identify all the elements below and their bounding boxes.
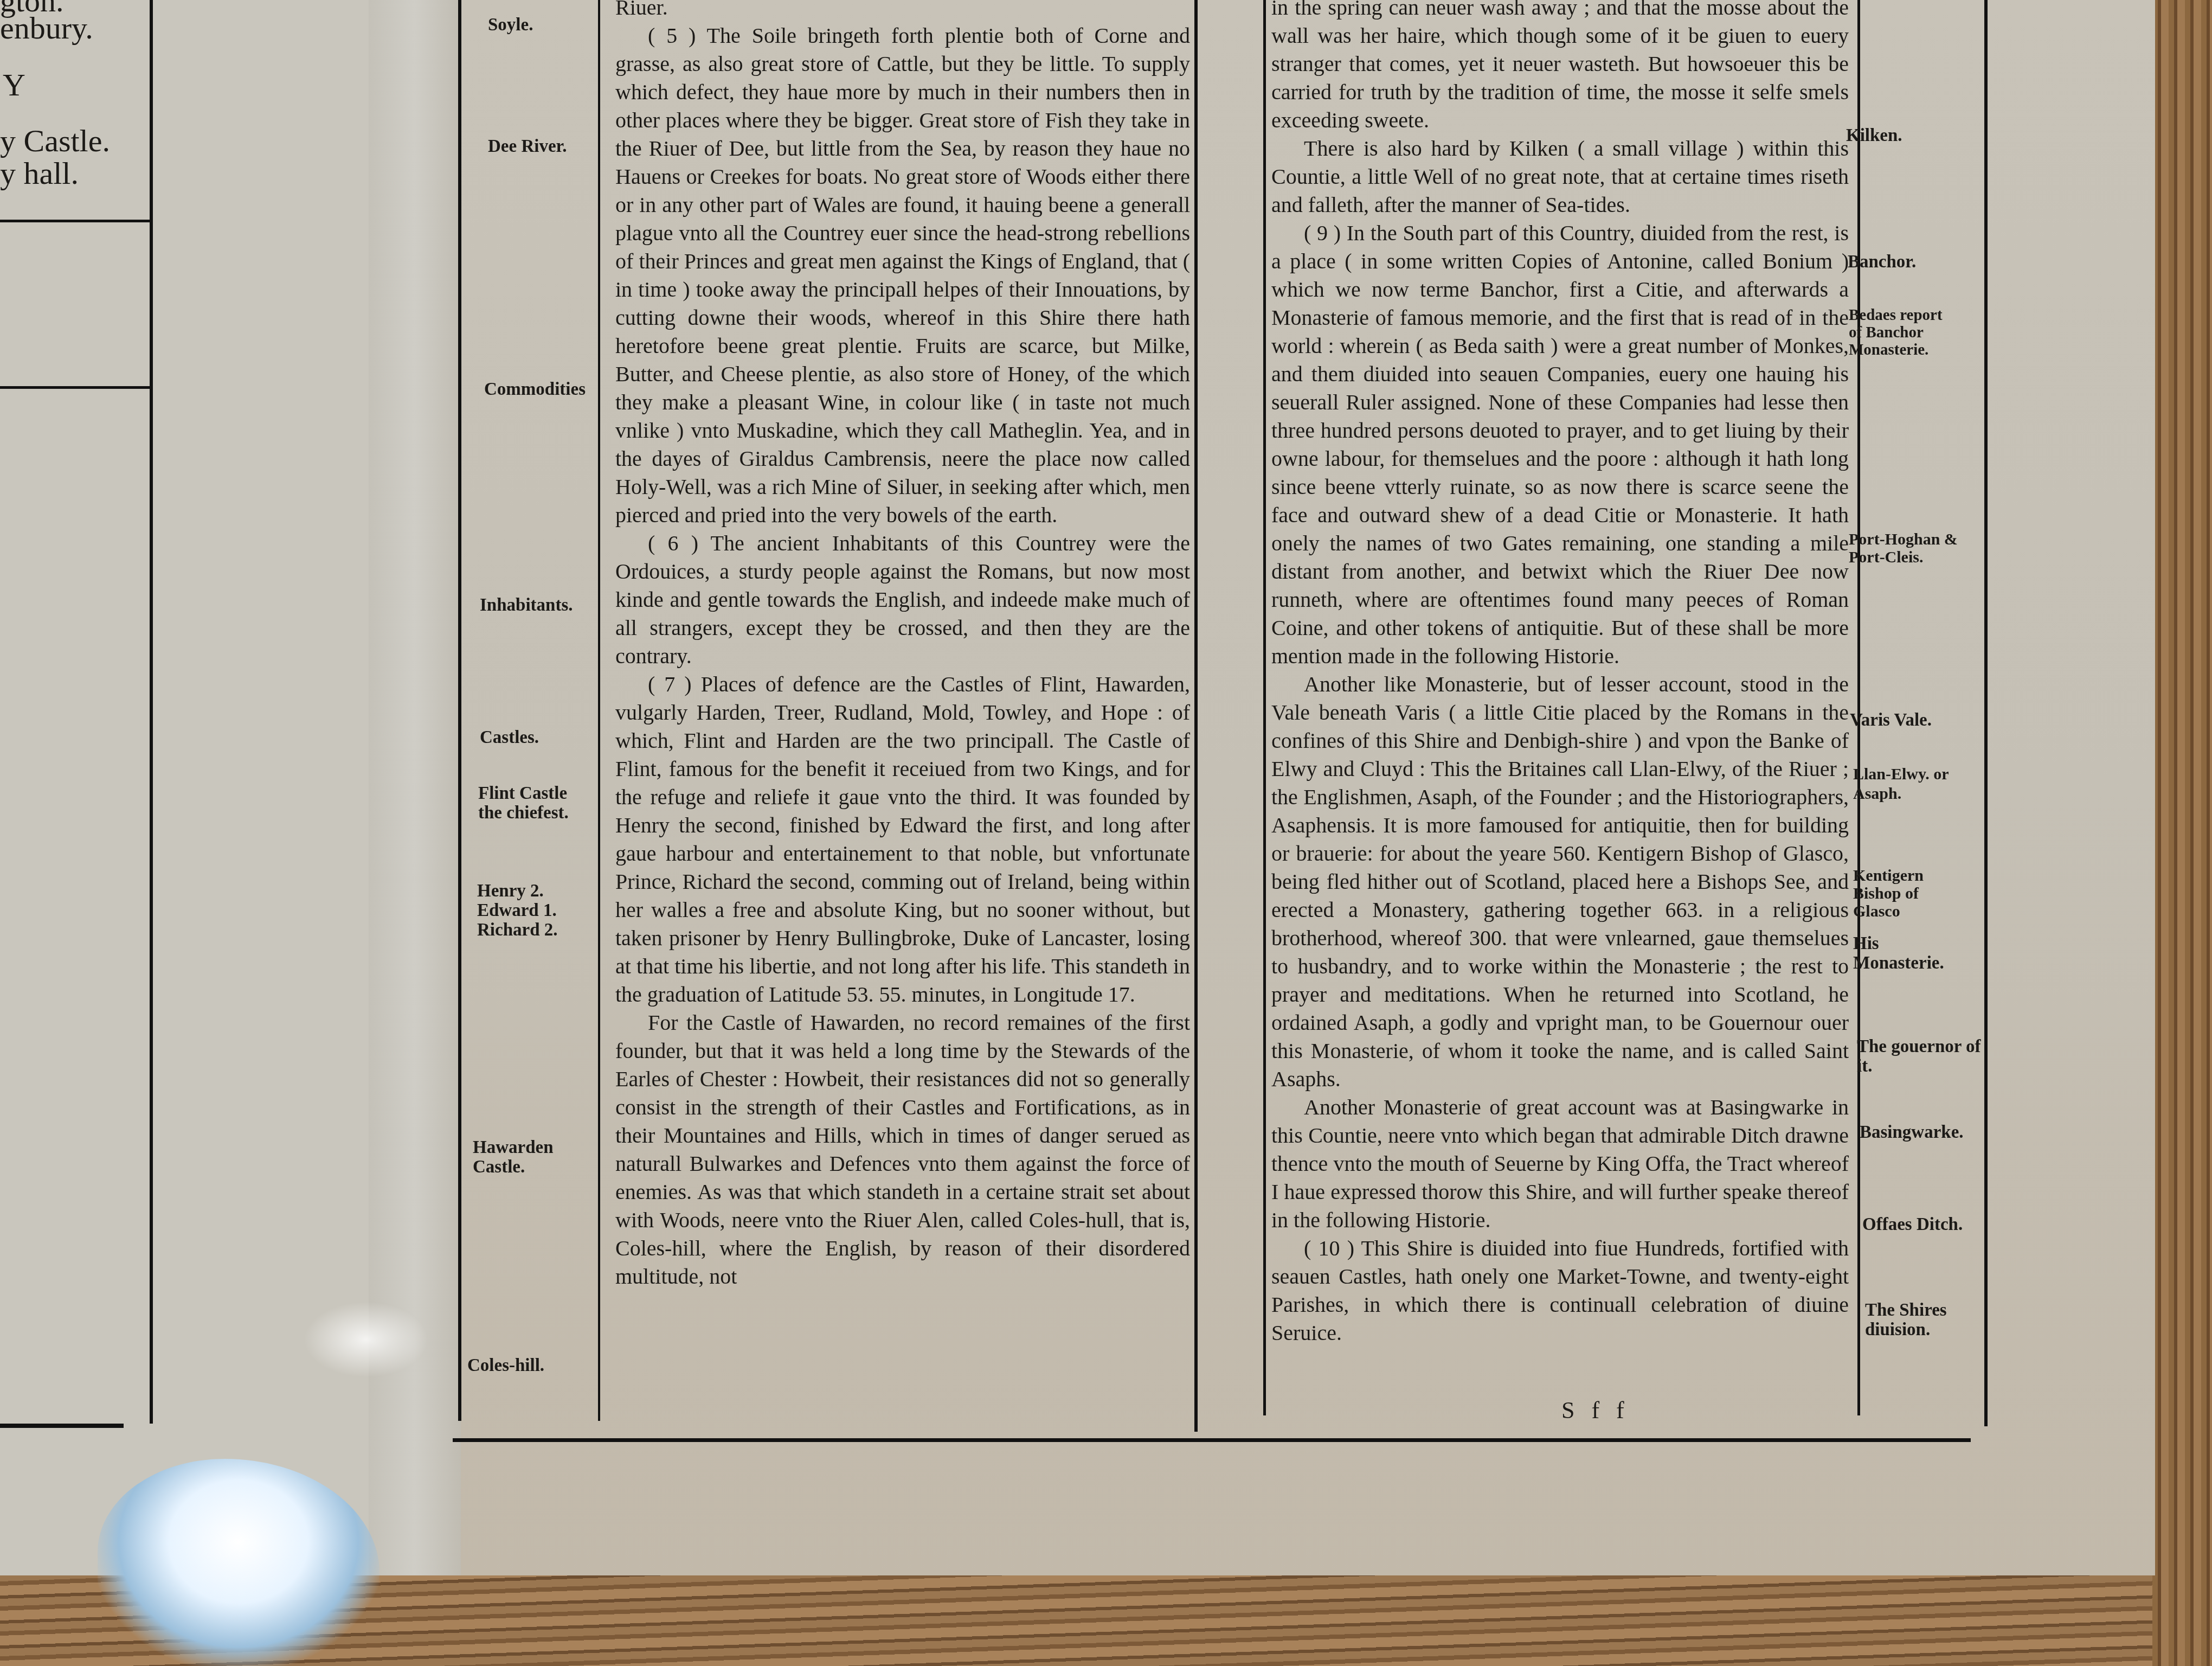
paragraph-hawarden: For the Castle of Hawarden, no record re…: [615, 1009, 1190, 1291]
margin-note-coles-hill: Coles-hill.: [467, 1356, 544, 1375]
margin-note-bedaes-report: Bedaes report of Banchor Monasterie.: [1849, 306, 1957, 358]
fragment-line: Y: [3, 68, 25, 102]
margin-note-port-hoghan: Port-Hoghan & Port-Cleis.: [1849, 530, 1963, 566]
paragraph: Riuer.: [615, 0, 1190, 22]
column-rule: [458, 0, 461, 1421]
fragment-rule: [0, 220, 152, 222]
text-column-right: in the spring can neuer wash away ; and …: [1271, 0, 1849, 1347]
margin-note-shires-division: The Shires diuision.: [1865, 1300, 1973, 1340]
page-signature: S f f: [1561, 1396, 1630, 1424]
fragment-line: enbury.: [0, 11, 93, 46]
paragraph-basingwarke: Another Monasterie of great account was …: [1271, 1093, 1849, 1234]
fragment-rule: [0, 1424, 124, 1428]
margin-note-basingwarke: Basingwarke.: [1860, 1123, 1964, 1142]
fragment-border: [150, 0, 153, 1424]
column-rule: [1194, 0, 1198, 1432]
column-rule: [1984, 0, 1988, 1426]
margin-note-soyle: Soyle.: [488, 15, 533, 35]
margin-note-inhabitants: Inhabitants.: [480, 595, 573, 615]
margin-note-llan-elwy: Llan-Elwy. or Asaph.: [1853, 765, 1956, 804]
facing-page-text: gton. enbury. Y y Castle. y hall.: [0, 0, 146, 228]
margin-note-his-monasterie: His Monasterie.: [1853, 934, 1967, 973]
paragraph-mosse: in the spring can neuer wash away ; and …: [1271, 0, 1849, 134]
fragment-rule: [0, 386, 152, 389]
margin-note-commodities: Commodities: [484, 380, 586, 399]
text-column-left: Riuer. ( 5 ) The Soile bringeth forth pl…: [615, 0, 1190, 1291]
fragment-line: y hall.: [0, 156, 79, 191]
margin-note-hawarden-castle: Hawarden Castle.: [473, 1138, 565, 1177]
margin-note-offas-ditch: Offaes Ditch.: [1862, 1215, 1963, 1234]
margin-note-kings: Henry 2. Edward 1. Richard 2.: [477, 881, 569, 940]
paragraph-banchor: ( 9 ) In the South part of this Country,…: [1271, 219, 1849, 670]
column-rule: [598, 0, 600, 1421]
margin-note-castles: Castles.: [480, 728, 539, 747]
paragraph-soile: ( 5 ) The Soile bringeth forth plentie b…: [615, 22, 1190, 529]
paragraph-castles: ( 7 ) Places of defence are the Castles …: [615, 670, 1190, 1009]
column-rule: [1263, 0, 1266, 1415]
fragment-line: y Castle.: [0, 124, 110, 158]
paragraph-asaph: Another like Monasterie, but of lesser a…: [1271, 670, 1849, 1093]
light-glare: [304, 1302, 428, 1377]
paragraph-kilken: There is also hard by Kilken ( a small v…: [1271, 134, 1849, 219]
column-rule: [1857, 0, 1860, 1415]
paragraph-inhabitants: ( 6 ) The ancient Inhabitants of this Co…: [615, 529, 1190, 670]
margin-note-kilken: Kilken.: [1846, 126, 1902, 145]
paragraph-shire-division: ( 10 ) This Shire is diuided into fiue H…: [1271, 1234, 1849, 1347]
margin-note-banchor: Banchor.: [1848, 252, 1916, 272]
margin-note-governor: The gouernor of it.: [1857, 1037, 1982, 1076]
bottom-rule: [453, 1438, 1971, 1442]
margin-note-dee-river: Dee River.: [488, 137, 567, 156]
margin-note-varis-vale: Varis Vale.: [1850, 710, 1932, 730]
margin-note-kentigern: Kentigern Bishop of Glasco: [1853, 867, 1967, 920]
wooden-frame-edge: [2152, 0, 2212, 1666]
margin-note-flint-castle: Flint Castle the chiefest.: [478, 784, 581, 823]
